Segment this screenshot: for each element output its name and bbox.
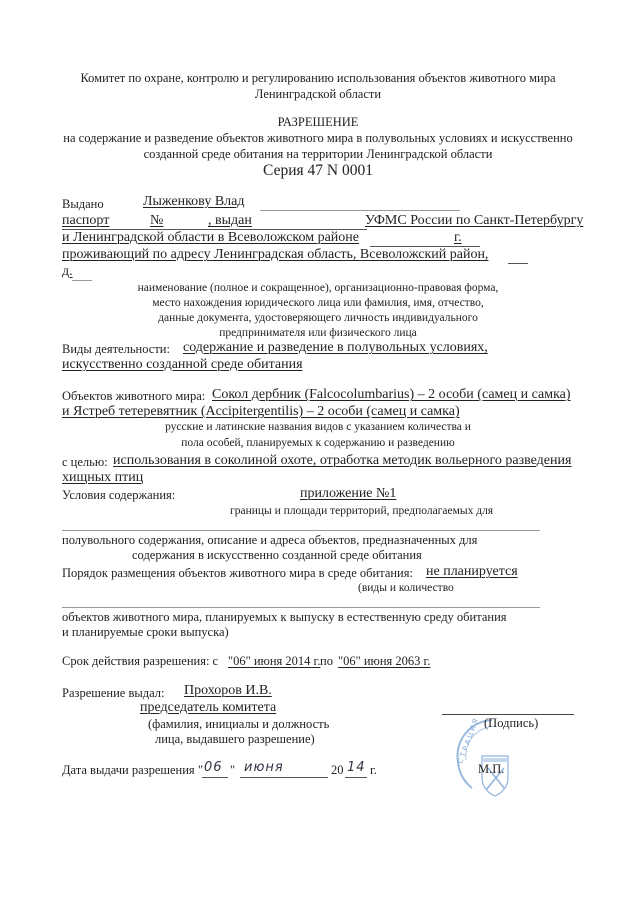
passport-number-label: № xyxy=(150,213,163,229)
seal-label: М.П. xyxy=(478,762,504,777)
issuer-hint-line2: лица, выдавшего разрешение) xyxy=(155,732,315,747)
purpose-value-line1: использования в соколиной охоте, отработ… xyxy=(113,453,571,469)
address-house: д. xyxy=(62,264,73,280)
document-subtitle-line1: на содержание и разведение объектов живо… xyxy=(0,131,636,146)
conditions-value: приложение №1 xyxy=(300,486,396,502)
issue-date-year-label: г. xyxy=(370,763,377,778)
animals-hint-line1: русские и латинские названия видов с ука… xyxy=(0,421,636,433)
issuer-label: Разрешение выдал: xyxy=(62,686,165,701)
animals-label: Объектов животного мира: xyxy=(62,389,205,404)
document-series: Серия 47 N 0001 xyxy=(0,162,636,180)
issuer-hint-line1: (фамилия, инициалы и должность xyxy=(148,717,329,732)
validity-to: "06" июня 2063 г. xyxy=(338,654,430,669)
document-subtitle-line2: созданной среде обитания на территории Л… xyxy=(0,147,636,162)
purpose-label: с целью: xyxy=(62,455,108,470)
issued-to-hint-line2: место нахождения юридического лица или ф… xyxy=(0,297,636,309)
animals-hint-line2: пола особей, планируемых к содержанию и … xyxy=(0,437,636,449)
issue-date-year-suffix: 14 xyxy=(347,760,366,775)
committee-name-line2: Ленинградской области xyxy=(0,87,636,102)
validity-from: "06" июня 2014 г. xyxy=(228,654,320,669)
issue-date-month: июня xyxy=(244,760,284,775)
animals-value-line1: Сокол дербник (Falcocolumbarius) – 2 осо… xyxy=(212,387,571,403)
validity-label: Срок действия разрешения: с xyxy=(62,654,218,669)
purpose-value-line2: хищных птиц xyxy=(62,470,143,486)
placement-label: Порядок размещения объектов животного ми… xyxy=(62,566,413,581)
conditions-label: Условия содержания: xyxy=(62,488,175,503)
conditions-hint-line3: содержания в искусственно созданной сред… xyxy=(132,548,422,563)
conditions-hint-line1: границы и площади территорий, предполага… xyxy=(230,505,493,517)
address-line: проживающий по адресу Ленинградская обла… xyxy=(62,247,488,263)
issue-date-year-prefix: 20 xyxy=(331,763,344,778)
activity-label: Виды деятельности: xyxy=(62,342,170,357)
document-title: РАЗРЕШЕНИЕ xyxy=(0,115,636,130)
passport-issued-label: , выдан xyxy=(208,213,252,229)
passport-issuer: УФМС России по Санкт-Петербургу xyxy=(365,213,583,229)
issue-date-day: 06 xyxy=(204,760,223,775)
committee-name-line1: Комитет по охране, контролю и регулирова… xyxy=(0,71,636,86)
placement-value: не планируется xyxy=(426,564,518,580)
issue-date-quote-close: " xyxy=(230,763,235,778)
activity-value-line2: искусственно созданной среде обитания xyxy=(62,357,303,373)
issuer-position: председатель комитета xyxy=(140,700,276,716)
activity-value-line1: содержание и разведение в полувольных ус… xyxy=(183,340,488,356)
issued-to-hint-line3: данные документа, удостоверяющего личнос… xyxy=(0,312,636,324)
issued-to-hint-line1: наименование (полное и сокращенное), орг… xyxy=(0,282,636,294)
signature-label: (Подпись) xyxy=(484,716,538,731)
passport-year-suffix: г. xyxy=(454,230,462,246)
placement-hint-line1: (виды и количество xyxy=(358,582,454,594)
recipient-name: Лыженкову Влад xyxy=(143,194,244,210)
conditions-hint-line2: полувольного содержания, описание и адре… xyxy=(62,533,477,548)
issued-to-label: Выдано xyxy=(62,197,104,212)
issued-to-hint-line4: предпринимателя или физического лица xyxy=(0,327,636,339)
passport-label: паспорт xyxy=(62,213,109,229)
placement-hint-line3: и планируемые сроки выпуска) xyxy=(62,625,229,640)
validity-to-label: по xyxy=(320,654,333,669)
issue-date-quote-open: " xyxy=(198,763,203,778)
issue-date-label: Дата выдачи разрешения xyxy=(62,763,195,778)
issuer-name: Прохоров И.В. xyxy=(184,683,272,699)
passport-issuer-line2: и Ленинградской области в Всеволожском р… xyxy=(62,230,359,246)
placement-hint-line2: объектов животного мира, планируемых к в… xyxy=(62,610,507,625)
animals-value-line2: и Ястреб тетеревятник (Accipitergentilis… xyxy=(62,404,460,420)
